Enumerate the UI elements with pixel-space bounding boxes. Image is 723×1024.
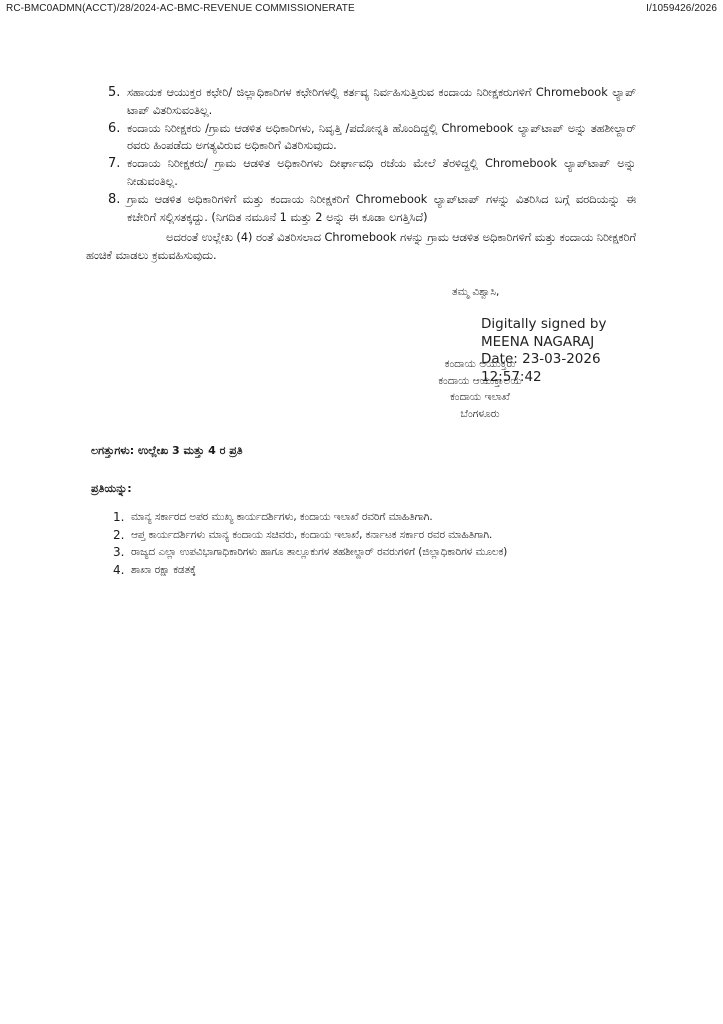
item-text: ಮಾನ್ಯ ಸರ್ಕಾರದ ಅಪರ ಮುಖ್ಯ ಕಾರ್ಯದರ್ಶಿಗಳು, ಕ…: [131, 509, 433, 527]
designation-city: ಬೆಂಗಳೂರು: [400, 406, 560, 423]
item-text: ಕಂದಾಯ ನಿರೀಕ್ಷಕರು/ ಗ್ರಾಮ ಆಡಳಿತ ಅಧಿಕಾರಿಗಳು…: [127, 155, 636, 191]
instruction-item: 7. ಕಂದಾಯ ನಿರೀಕ್ಷಕರು/ ಗ್ರಾಮ ಆಡಳಿತ ಅಧಿಕಾರಿ…: [108, 155, 636, 191]
instruction-item: 6. ಕಂದಾಯ ನಿರೀಕ್ಷಕರು /ಗ್ರಾಮ ಆಡಳಿತ ಅಧಿಕಾರಿ…: [108, 120, 636, 156]
document-id: I/1059426/2026: [646, 3, 717, 14]
signature-time: 12:57:42: [481, 369, 606, 387]
item-number: 1.: [113, 509, 131, 527]
digital-signature: Digitally signed by MEENA NAGARAJ Date: …: [481, 316, 606, 386]
item-text: ಸಹಾಯಕ ಆಯುಕ್ತರ ಕಛೇರಿ/ ಜಿಲ್ಲಾಧಿಕಾರಿಗಳ ಕಛೇರ…: [127, 84, 636, 120]
item-number: 2.: [113, 527, 131, 545]
designation-department: ಕಂದಾಯ ಇಲಾಖೆ: [400, 389, 560, 406]
item-text: ಗ್ರಾಮ ಆಡಳಿತ ಅಧಿಕಾರಿಗಳಿಗೆ ಮತ್ತು ಕಂದಾಯ ನಿರ…: [127, 191, 636, 227]
instruction-list: 5. ಸಹಾಯಕ ಆಯುಕ್ತರ ಕಛೇರಿ/ ಜಿಲ್ಲಾಧಿಕಾರಿಗಳ ಕ…: [108, 84, 636, 226]
item-text: ರಾಜ್ಯದ ಎಲ್ಲಾ ಉಪವಿಭಾಗಾಧಿಕಾರಿಗಳು ಹಾಗೂ ತಾಲ್…: [131, 544, 507, 562]
copy-to-title: ಪ್ರತಿಯನ್ನು:: [91, 482, 132, 496]
copy-to-item: 1. ಮಾನ್ಯ ಸರ್ಕಾರದ ಅಪರ ಮುಖ್ಯ ಕಾರ್ಯದರ್ಶಿಗಳು…: [113, 509, 653, 527]
salutation: ತಮ್ಮ ವಿಶ್ವಾಸಿ,: [452, 286, 499, 299]
item-number: 4.: [113, 562, 131, 580]
file-reference: RC-BMC0ADMN(ACCT)/28/2024-AC-BMC-REVENUE…: [6, 3, 355, 14]
closing-paragraph: ಅದರಂತೆ ಉಲ್ಲೇಖ (4) ರಂತೆ ವಿತರಿಸಲಾದ Chromeb…: [86, 229, 636, 265]
signature-date: Date: 23-03-2026: [481, 351, 606, 369]
enclosures: ಲಗತ್ತುಗಳು: ಉಲ್ಲೇಖ 3 ಮತ್ತು 4 ರ ಪ್ರತಿ: [91, 444, 243, 458]
copy-to-list: 1. ಮಾನ್ಯ ಸರ್ಕಾರದ ಅಪರ ಮುಖ್ಯ ಕಾರ್ಯದರ್ಶಿಗಳು…: [113, 509, 653, 579]
copy-to-item: 4. ಶಾಖಾ ರಕ್ಷಾ ಕಡತಕ್ಕೆ: [113, 562, 653, 580]
copy-to-item: 3. ರಾಜ್ಯದ ಎಲ್ಲಾ ಉಪವಿಭಾಗಾಧಿಕಾರಿಗಳು ಹಾಗೂ ತ…: [113, 544, 653, 562]
item-number: 7.: [108, 155, 127, 191]
item-number: 3.: [113, 544, 131, 562]
instruction-item: 5. ಸಹಾಯಕ ಆಯುಕ್ತರ ಕಛೇರಿ/ ಜಿಲ್ಲಾಧಿಕಾರಿಗಳ ಕ…: [108, 84, 636, 120]
item-number: 6.: [108, 120, 127, 156]
copy-to-item: 2. ಆಪ್ತ ಕಾರ್ಯದರ್ಶಿಗಳು ಮಾನ್ಯ ಕಂದಾಯ ಸಚಿವರು…: [113, 527, 653, 545]
item-text: ಆಪ್ತ ಕಾರ್ಯದರ್ಶಿಗಳು ಮಾನ್ಯ ಕಂದಾಯ ಸಚಿವರು, ಕ…: [131, 527, 492, 545]
item-number: 8.: [108, 191, 127, 227]
item-text: ಶಾಖಾ ರಕ್ಷಾ ಕಡತಕ್ಕೆ: [131, 562, 196, 580]
item-number: 5.: [108, 84, 127, 120]
item-text: ಕಂದಾಯ ನಿರೀಕ್ಷಕರು /ಗ್ರಾಮ ಆಡಳಿತ ಅಧಿಕಾರಿಗಳು…: [127, 120, 636, 156]
signer-name: MEENA NAGARAJ: [481, 334, 606, 352]
signature-line: Digitally signed by: [481, 316, 606, 334]
instruction-item: 8. ಗ್ರಾಮ ಆಡಳಿತ ಅಧಿಕಾರಿಗಳಿಗೆ ಮತ್ತು ಕಂದಾಯ …: [108, 191, 636, 227]
